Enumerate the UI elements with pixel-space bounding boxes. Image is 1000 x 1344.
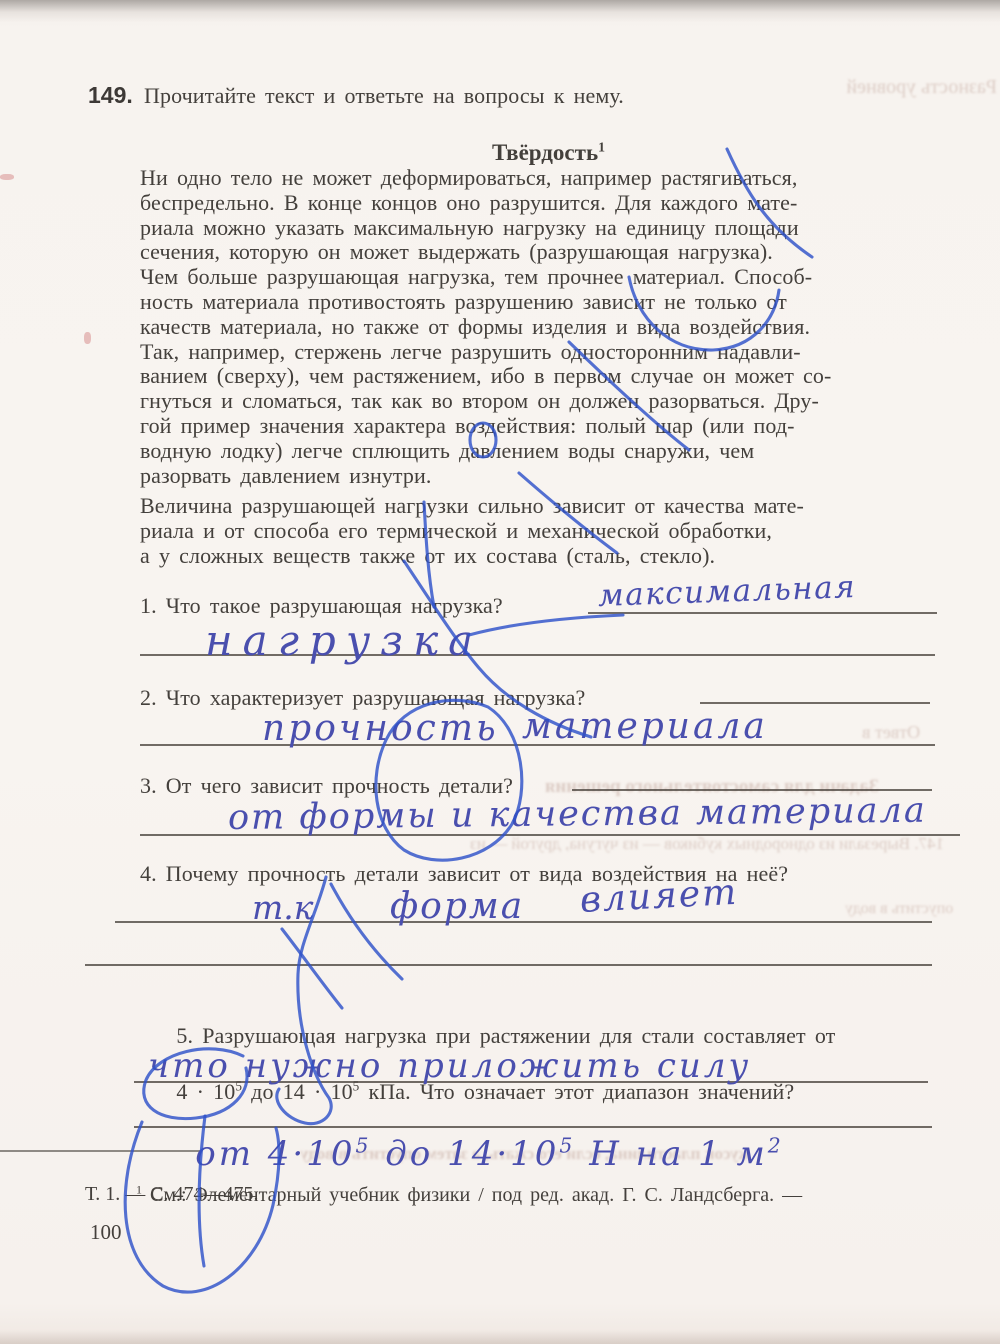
footnote-mark: 1: [598, 139, 605, 154]
bleed-through-text: Разность уровней: [762, 76, 997, 99]
answer-line: [85, 964, 932, 966]
bleed-through-text: Ответ в: [862, 722, 920, 743]
scanner-edge-shadow-bottom: [0, 1330, 1000, 1344]
handwritten-answer-2a: прочность: [262, 708, 499, 749]
handwritten-answer-1b: нагрузка: [205, 616, 483, 665]
page-number: 100: [90, 1220, 122, 1245]
bleed-through-text: опустить в воду: [845, 900, 953, 918]
reading-title-text: Твёрдость: [492, 140, 598, 165]
ink-speck: [84, 332, 91, 344]
handwritten-answer-2b: материала: [522, 706, 768, 747]
handwritten-answer-5a: что нужно приложить силу: [148, 1046, 751, 1086]
handwritten-answer-4a: т.к: [252, 888, 314, 927]
handwritten-answer-4c: влияет: [579, 872, 739, 921]
reading-paragraph-2: Величина разрушающей нагрузки сильно зав…: [140, 494, 804, 568]
handwritten-answer-3: от формы и качества материала: [228, 791, 927, 838]
ink-speck: [0, 174, 14, 180]
scanned-workbook-page: Разность уровней Ответ в Задачи для само…: [0, 0, 1000, 1344]
question-5-line1: 5. Разрушающая нагрузка при растяжении д…: [176, 1023, 835, 1048]
exercise-number: 149.: [88, 82, 133, 109]
handwritten-answer-1a: максимальная: [597, 569, 856, 614]
exercise-prompt: Прочитайте текст и ответьте на вопросы к…: [144, 84, 624, 109]
handwritten-answer-5b: от 4·105 до 14·105 Н на 1 м2: [140, 1094, 784, 1214]
handwritten-answer-4b: форма: [390, 886, 524, 927]
bleed-through-text: 147. Вырезали из однородных кубиков — из…: [470, 834, 944, 854]
scanner-edge-shadow-top: [0, 0, 1000, 22]
answer-line: [700, 702, 930, 704]
reading-paragraph-1: Ни одно тело не может деформироваться, н…: [140, 166, 831, 488]
